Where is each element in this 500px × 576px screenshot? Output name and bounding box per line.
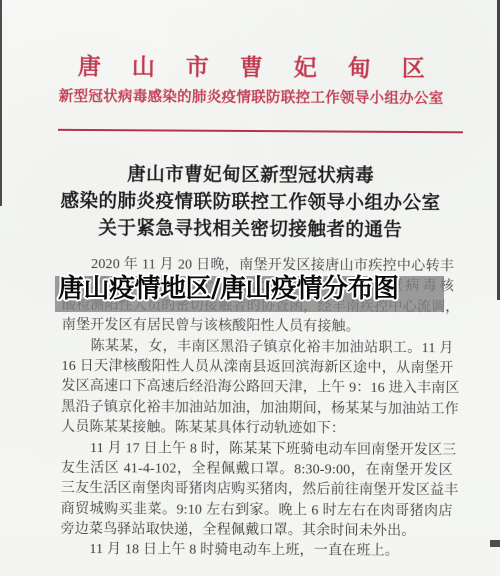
body-line: 发区高速口下高速后经沿海公路回天津，上午 9：16 进入丰南区 [61, 377, 453, 400]
body-line: 商贸城购买韭菜。9:10 左右到家。晚上 6 时左右在肉哥猪肉店 [61, 500, 453, 523]
notice-title-line-3: 关于紧急寻找相关密切接触者的通告 [0, 215, 500, 245]
notice-title-line-1: 唐山市曹妃甸区新型冠状病毒 [1, 161, 500, 191]
body-line: 11 月 17 日上午 8 时，陈某某下班骑电动车回南堡开发区三 [61, 438, 453, 461]
body-line: 南堡开发区有居民曾与该核酸阳性人员有接触。 [62, 316, 454, 339]
body-line: 黑沿子镇京化裕丰加油站加油，加油期间，杨某某与加油站工作 [61, 398, 453, 421]
body-line: 旁边菜鸟驿站取快递，全程佩戴口罩。其余时间未外出。 [60, 520, 452, 543]
notice-title-line-2: 感染的肺炎疫情联防联控工作领导小组办公室 [0, 188, 500, 218]
scan-border-left [0, 0, 2, 206]
body-line: 16 日天津核酸阳性人员从滦南县返回滨海新区途中，从南堡开 [61, 357, 453, 380]
scan-border-mark [490, 540, 500, 547]
body-line: 人员陈某某接触。陈某某具体行动轨迹如下： [61, 418, 453, 441]
body-line: 三友生活区南堡肉哥猪肉店购买猪肉，然后前往南堡开发区益丰 [61, 479, 453, 502]
body-line: 陈某某，女，丰南区黑沿子镇京化裕丰加油站职工。11 月 [62, 336, 454, 359]
notice-photo: 唐山市曹妃甸区 新型冠状病毒感染的肺炎疫情联防联控工作领导小组办公室 唐山市曹妃… [0, 0, 500, 576]
letterhead-divider [58, 129, 463, 133]
letterhead-district-name: 唐山市曹妃甸区 [1, 47, 500, 83]
body-line: 11 月 18 日上午 8 时骑电动车上班，一直在班上。 [60, 540, 452, 563]
body-line: 友生活区 41-4-102，全程佩戴口罩。8:30-9:00，在南堡开发区 [61, 459, 453, 482]
notice-title: 唐山市曹妃甸区新型冠状病毒 感染的肺炎疫情联防联控工作领导小组办公室 关于紧急寻… [0, 161, 500, 245]
watermark-text: 唐山疫情地区/唐山疫情分布图 [58, 270, 450, 308]
letterhead-office-name: 新型冠状病毒感染的肺炎疫情联防联控工作领导小组办公室 [1, 84, 500, 108]
